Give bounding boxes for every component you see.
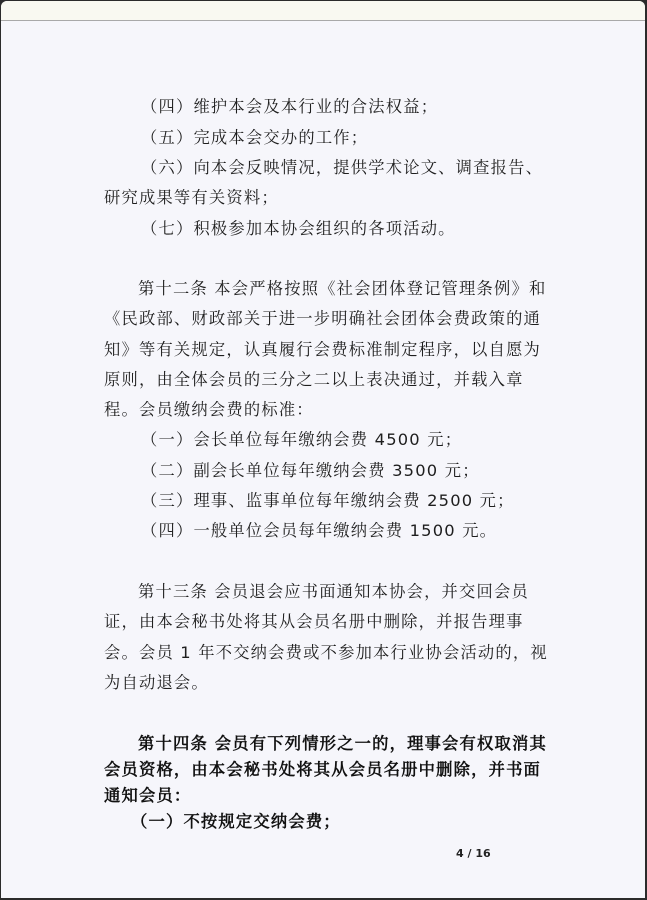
text-line: 第十四条 会员有下列情形之一的，理事会有权取消其 (138, 730, 547, 754)
text-line: 通知会员： (104, 782, 191, 806)
text-line: 第十二条 本会严格按照《社会团体登记管理条例》和 (138, 275, 546, 299)
text-line: （六）向本会反映情况，提供学术论文、调查报告、 (141, 154, 543, 178)
text-line: 研究成果等有关资料； (104, 184, 279, 208)
text-line: （二）副会长单位每年缴纳会费 3500 元； (141, 457, 480, 481)
text-line: （五）完成本会交办的工作； (141, 124, 368, 148)
text-line: （七）积极参加本协会组织的各项活动。 (141, 215, 456, 239)
text-line: 为自动退会。 (104, 669, 209, 693)
text-line: 知》等有关规定，认真履行会费标准制定程序，以自愿为 (104, 336, 541, 360)
text-line: 《民政部、财政部关于进一步明确社会团体会费政策的通 (104, 305, 541, 329)
text-line: 程。会员缴纳会费的标准： (104, 396, 314, 420)
page-number: 4 / 16 (456, 847, 491, 860)
text-line: （一）不按规定交纳会费； (131, 808, 341, 832)
text-line: 会。会员 1 年不交纳会费或不参加本行业协会活动的，视 (104, 639, 548, 663)
text-line: （四）维护本会及本行业的合法权益； (141, 93, 438, 117)
text-line: 第十三条 会员退会应书面通知本协会，并交回会员 (138, 578, 529, 602)
text-line: 证，由本会秘书处将其从会员名册中删除，并报告理事 (104, 608, 524, 632)
scan-top-edge (1, 1, 645, 21)
scanned-page: （四）维护本会及本行业的合法权益；（五）完成本会交办的工作；（六）向本会反映情况… (1, 1, 645, 898)
text-line: （三）理事、监事单位每年缴纳会费 2500 元； (141, 487, 515, 511)
text-line: （四）一般单位会员每年缴纳会费 1500 元。 (141, 517, 497, 541)
text-line: 会员资格，由本会秘书处将其从会员名册中删除，并书面 (104, 756, 541, 780)
text-line: （一）会长单位每年缴纳会费 4500 元； (141, 426, 462, 450)
text-line: 原则，由全体会员的三分之二以上表决通过，并载入章 (104, 366, 524, 390)
